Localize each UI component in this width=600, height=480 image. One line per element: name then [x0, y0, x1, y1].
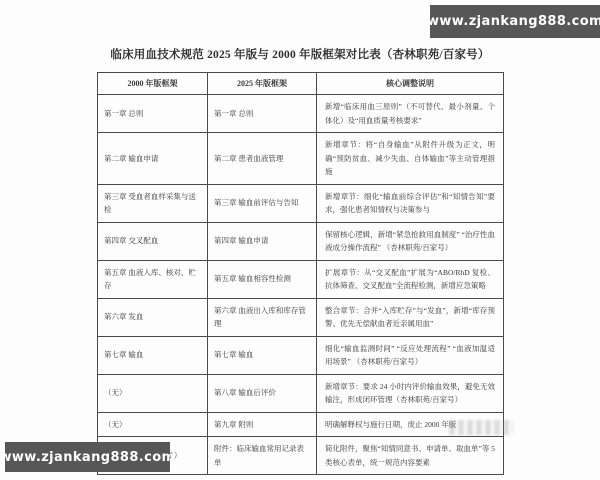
cell-2000-chapter: 第三章 受血者血样采集与送检: [98, 184, 208, 222]
cell-2000-chapter: 第四章 交叉配血: [98, 222, 208, 260]
cell-2000-chapter: （无）: [98, 412, 208, 437]
faint-logo-watermark: [449, 420, 513, 435]
cell-2000-chapter: 第二章 输血申请: [98, 133, 208, 185]
cell-2025-chapter: 第六章 血液出入库和库存管理: [208, 298, 317, 336]
cell-core-adjustment: 扩展章节：从“交叉配血”扩展为“ABO/RhD 复检、抗体筛查、交叉配血”全流程…: [317, 260, 504, 298]
table-row: 第六章 发血第六章 血液出入库和库存管理整合章节：合并“入库贮存”与“发血”，新…: [98, 298, 504, 336]
cell-2025-chapter: 第五章 输血相容性检测: [208, 260, 317, 298]
cell-2025-chapter: 第二章 患者血液管理: [208, 133, 317, 185]
watermark-bottom-left: www.zjankang888.com: [5, 442, 170, 472]
cell-2025-chapter: 第三章 输血前评估与告知: [208, 184, 317, 222]
cell-2025-chapter: 第八章 输血后评价: [208, 374, 317, 412]
cell-2025-chapter: 第四章 输血申请: [208, 222, 317, 260]
cell-core-adjustment: 整合章节：合并“入库贮存”与“发血”，新增“库存预警、优先无偿献血者近亲属用血”: [317, 298, 504, 336]
table-row: 第一章 总则第一章 总则新增“临床用血三原则”（不可替代、最小剂量、个体化）及“…: [98, 95, 504, 133]
table-row: （无）第八章 输血后评价新增章节：要求 24 小时内评价输血效果，避免无效输注，…: [98, 374, 504, 412]
cell-core-adjustment: 新增章节：细化“输血前综合评估”和“知情告知”要求，强化患者知情权与决策参与: [317, 184, 504, 222]
cell-2025-chapter: 第七章 输血: [208, 336, 317, 374]
watermark-top-right: www.zjankang888.com: [430, 5, 600, 38]
cell-2025-chapter: 附件：临床输血常用记录表单: [208, 437, 317, 475]
cell-2000-chapter: 第六章 发血: [98, 298, 208, 336]
table-row: 第二章 输血申请第二章 患者血液管理新增章节：将“自身输血”从附件升级为正文，明…: [98, 133, 504, 185]
cell-core-adjustment: 细化“输血监测时间” “反应处理流程” “血液加温适用场景” （杏林职苑/百家号…: [317, 336, 504, 374]
cell-2000-chapter: （无）: [98, 374, 208, 412]
cell-2025-chapter: 第一章 总则: [208, 95, 317, 133]
cell-core-adjustment: 新增“临床用血三原则”（不可替代、最小剂量、个体化）及“用血质量考核要求”: [317, 95, 504, 133]
cell-2025-chapter: 第九章 附则: [208, 412, 317, 437]
table-row: （无）第九章 附则明确解释权与施行日期，废止 2000 年版: [98, 412, 504, 437]
cell-core-adjustment: 新增章节：将“自身输血”从附件升级为正文，明确“预防贫血、减少失血、自体输血”等…: [317, 133, 504, 185]
comparison-table: 2000 年版框架 2025 年版框架 核心调整说明 第一章 总则第一章 总则新…: [97, 72, 504, 475]
column-header-2000-framework: 2000 年版框架: [98, 73, 208, 95]
page-title: 临床用血技术规范 2025 年版与 2000 年版框架对比表（杏林职苑/百家号）: [0, 46, 600, 62]
cell-2000-chapter: 第五章 血液入库、核对、贮存: [98, 260, 208, 298]
cell-2000-chapter: 第七章 输血: [98, 336, 208, 374]
column-header-2025-framework: 2025 年版框架: [208, 73, 317, 95]
cell-2000-chapter: 第一章 总则: [98, 95, 208, 133]
table-row: 第三章 受血者血样采集与送检第三章 输血前评估与告知新增章节：细化“输血前综合评…: [98, 184, 504, 222]
cell-core-adjustment: 简化附件，聚焦“知情同意书、申请单、取血单”等 5 类核心表单，统一规范内容要素: [317, 437, 504, 475]
table-row: 第四章 交叉配血第四章 输血申请保留核心逻辑，新增“紧急抢救用血制度” “治疗性…: [98, 222, 504, 260]
column-header-core-adjustments: 核心调整说明: [317, 73, 504, 95]
table-row: 第七章 输血第七章 输血细化“输血监测时间” “反应处理流程” “血液加温适用场…: [98, 336, 504, 374]
cell-core-adjustment: 新增章节：要求 24 小时内评价输血效果，避免无效输注，形成闭环管理（杏林职苑/…: [317, 374, 504, 412]
table-header-row: 2000 年版框架 2025 年版框架 核心调整说明: [98, 73, 504, 95]
table-row: 第五章 血液入库、核对、贮存第五章 输血相容性检测扩展章节：从“交叉配血”扩展为…: [98, 260, 504, 298]
cell-core-adjustment: 保留核心逻辑，新增“紧急抢救用血制度” “治疗性血液成分操作流程” （杏林职苑/…: [317, 222, 504, 260]
